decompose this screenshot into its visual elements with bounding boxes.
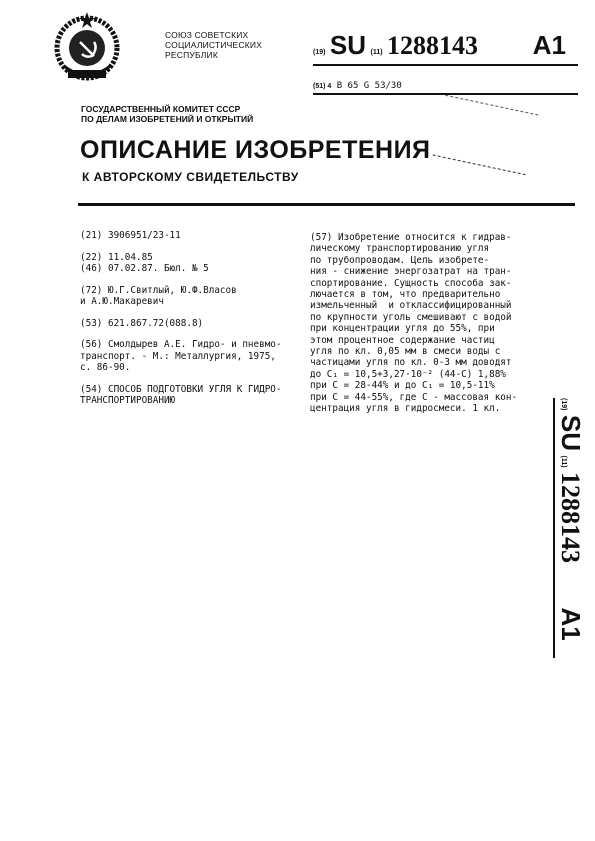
references: (56) Смолдырев А.Е. Гидро- и пневмо- (80, 339, 305, 351)
abstract-line: ния - снижение энергозатрат на тран- (310, 266, 545, 277)
document-subtitle: К АВТОРСКОМУ СВИДЕТЕЛЬСТВУ (82, 170, 299, 184)
country-name: СОЮЗ СОВЕТСКИХ СОЦИАЛИСТИЧЕСКИХ РЕСПУБЛИ… (165, 30, 262, 60)
abstract-line: спортирование. Сущность способа зак- (310, 278, 545, 289)
abstract-line: лическому транспортированию угля (310, 243, 545, 254)
application-number: (21) 3906951/23-11 (80, 230, 305, 242)
bibliographic-data: (21) 3906951/23-11 (22) 11.04.85 (46) 07… (80, 230, 305, 407)
header-divider (78, 203, 575, 206)
abstract-line: измельченный и отклассифицированный (310, 300, 545, 311)
abstract-line: частицами угля по кл. 0-3 мм доводят (310, 357, 545, 368)
vertical-publication-number: (19) SU (11) 1288143 A1 (548, 398, 588, 658)
abstract-line: по крупности уголь смешивают с водой (310, 312, 545, 323)
abstract-line: (57) Изобретение относится к гидрав- (310, 232, 545, 243)
abstract-line: при концентрации угля до 55%, при (310, 323, 545, 334)
committee-name: ГОСУДАРСТВЕННЫЙ КОМИТЕТ СССР ПО ДЕЛАМ ИЗ… (81, 104, 253, 124)
abstract-line: этом процентное содержание частиц (310, 335, 545, 346)
publication-number-block: (19) SU (11) 1288143 A1 (313, 30, 578, 66)
inventors: (72) Ю.Г.Свитлый, Ю.Ф.Власов (80, 285, 305, 297)
ussr-emblem-icon (50, 8, 125, 90)
abstract: (57) Изобретение относится к гидрав-личе… (310, 232, 545, 415)
udc-code: (53) 621.867.72(088.8) (80, 318, 305, 330)
publication-number: 1288143 (387, 31, 478, 60)
document-title: ОПИСАНИЕ ИЗОБРЕТЕНИЯ (80, 136, 431, 165)
publication-number-label: (11) (370, 49, 382, 56)
ipc-classification: (51) 4 B 65 G 53/30 (313, 80, 578, 95)
kind-code: A1 (533, 30, 566, 61)
abstract-line: центрация угля в гидросмеси. 1 кл. (310, 403, 545, 414)
library-stamp (433, 95, 539, 175)
filing-date: (22) 11.04.85 (80, 252, 305, 264)
abstract-line: при C = 44-55%, где C - массовая кон- (310, 392, 545, 403)
invention-title: (54) СПОСОБ ПОДГОТОВКИ УГЛЯ К ГИДРО- (80, 384, 305, 396)
abstract-line: при C = 28-44% и до C₁ = 10,5-11% (310, 380, 545, 391)
country-code: SU (330, 30, 366, 60)
country-code-label: (19) (313, 49, 325, 56)
abstract-line: лючается в том, что предварительно (310, 289, 545, 300)
abstract-line: по трубопроводам. Цель изобрете- (310, 255, 545, 266)
publication-date: (46) 07.02.87. Бюл. № 5 (80, 263, 305, 275)
abstract-line: угля по кл. 0,05 мм в смеси воды с (310, 346, 545, 357)
abstract-line: до C₁ = 10,5+3,27·10⁻² (44-C) 1,88% (310, 369, 545, 380)
